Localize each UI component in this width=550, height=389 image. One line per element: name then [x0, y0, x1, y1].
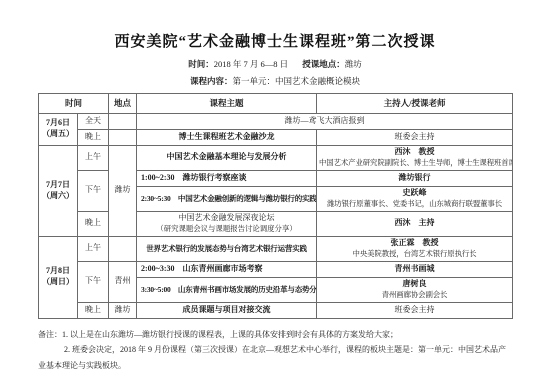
host-desc: 潍坊银行原董事长、党委书记，山东城商行联盟董事长: [319, 199, 510, 209]
host-name: 史跃峰: [319, 188, 510, 199]
time-value: 2018 年 7 月 6—8 日: [214, 59, 288, 69]
time-cell: 晚上: [78, 211, 109, 236]
note-line-2: 2. 班委会决定，2018 年 9 月份课程（第三次授课）在北京—观想艺术中心举…: [38, 342, 512, 373]
table-row: 晚上 博士生课程班艺术金融沙龙 班委会主持: [39, 129, 513, 145]
topic-cell: 博士生课程班艺术金融沙龙: [137, 129, 317, 145]
col-header-time: 时间: [39, 93, 109, 113]
host-desc: 中国艺术产业研究院副院长、博士生导师，博士生课程班首席导师: [319, 158, 510, 168]
topic-cell: 2:00~3:30 山东青州画廊市场考察: [137, 261, 317, 277]
time-cell: 下午: [78, 261, 109, 302]
place-cell: 青州: [109, 261, 137, 302]
place-cell: 潍坊: [109, 145, 137, 236]
place-cell-empty: [109, 236, 137, 261]
header-row: 时间 地点 课程主题 主持人/授课老师: [39, 93, 513, 113]
table-row: 晚上 潍坊 成员课题与项目对接交流 班委会主持: [39, 302, 513, 318]
host-cell: 西沐 教授 中国艺术产业研究院副院长、博士生导师，博士生课程班首席导师: [317, 145, 513, 170]
course-schedule-document: 西安美院“艺术金融博士生课程班”第二次授课 时间：2018 年 7 月 6—8 …: [0, 0, 550, 389]
place-label: 授课地点：: [302, 59, 345, 69]
topic-cell: 世界艺术银行的发展态势与台湾艺术银行运营实践: [137, 236, 317, 261]
topic-cell: 2:30~5:30 中国艺术金融创新的逻辑与潍坊银行的实践分析: [137, 186, 317, 211]
host-cell: 张正霖 教授 中央美院教授，台湾艺术银行原执行长: [317, 236, 513, 261]
host-name: 西沐 教授: [319, 147, 510, 158]
time-label: 时间：: [188, 59, 214, 69]
host-name: 唐树良: [319, 279, 510, 290]
col-header-host: 主持人/授课老师: [317, 93, 513, 113]
topic-cell: 1:00~2:30 潍坊银行考察座谈: [137, 170, 317, 186]
time-cell: 晚上: [78, 302, 109, 318]
place-value: 潍坊: [345, 59, 362, 69]
date-cell-day2: 7月7日 （周六）: [39, 145, 78, 236]
topic-cell: 中国艺术金融发展深夜论坛 （研究课题会议与课题报告讨论调度分享）: [137, 211, 317, 236]
host-cell: 青州书画城: [317, 261, 513, 277]
col-header-place: 地点: [109, 93, 137, 113]
host-cell: 西沐 主持: [317, 211, 513, 236]
schedule-table: 时间 地点 课程主题 主持人/授课老师 7月6日 （周五） 全天 潍坊—鸢飞大酒…: [38, 93, 513, 319]
host-cell: 班委会主持: [317, 129, 513, 145]
content-value: 第一单元：中国艺术金融概论模块: [233, 76, 361, 86]
meta-line-content: 课程内容：第一单元：中国艺术金融概论模块: [38, 76, 512, 88]
host-cell: 班委会主持: [317, 302, 513, 318]
date-line1: 7月8日: [41, 266, 75, 277]
host-name: 张正霖 教授: [319, 238, 510, 249]
event-cell: 潍坊—鸢飞大酒店报到: [137, 113, 513, 129]
time-cell: 上午: [78, 145, 109, 170]
table-row: 7月8日 （周日） 上午 世界艺术银行的发展态势与台湾艺术银行运营实践 张正霖 …: [39, 236, 513, 261]
content-label: 课程内容：: [190, 76, 233, 86]
date-line2: （周六）: [41, 191, 75, 202]
table-row: 7月7日 （周六） 上午 潍坊 中国艺术金融基本理论与发展分析 西沐 教授 中国…: [39, 145, 513, 170]
time-cell: 晚上: [78, 129, 109, 145]
footnotes: 备注：1. 以上是在山东潍坊—潍坊银行授课的课程表，上课的具体安排到时会有具体的…: [38, 327, 512, 374]
host-cell: 史跃峰 潍坊银行原董事长、党委书记，山东城商行联盟董事长: [317, 186, 513, 211]
host-desc: 青州画廊协会副会长: [319, 290, 510, 300]
date-line2: （周日）: [41, 277, 75, 288]
meta-line-time-place: 时间：2018 年 7 月 6—8 日授课地点：潍坊: [38, 59, 512, 71]
topic-cell: 3:30~5:00 山东青州书画市场发展的历史沿革与态势分析: [137, 277, 317, 302]
host-cell: 唐树良 青州画廊协会副会长: [317, 277, 513, 302]
time-cell: 上午: [78, 236, 109, 261]
time-cell: 全天: [78, 113, 109, 129]
table-row: 下午 青州 2:00~3:30 山东青州画廊市场考察 青州书画城: [39, 261, 513, 277]
table-row: 7月6日 （周五） 全天 潍坊—鸢飞大酒店报到: [39, 113, 513, 129]
date-line1: 7月6日: [41, 118, 75, 129]
place-cell: 潍坊: [109, 302, 137, 318]
place-cell-empty: [109, 113, 137, 129]
topic-cell: 成员课题与项目对接交流: [137, 302, 317, 318]
date-cell-day3: 7月8日 （周日）: [39, 236, 78, 318]
date-cell-day1: 7月6日 （周五）: [39, 113, 78, 145]
time-cell: 下午: [78, 170, 109, 211]
date-line2: （周五）: [41, 129, 75, 140]
page-title: 西安美院“艺术金融博士生课程班”第二次授课: [38, 30, 512, 51]
col-header-topic: 课程主题: [137, 93, 317, 113]
host-desc: 中央美院教授，台湾艺术银行原执行长: [319, 249, 510, 259]
date-line1: 7月7日: [41, 180, 75, 191]
topic-cell: 中国艺术金融基本理论与发展分析: [137, 145, 317, 170]
topic-title: 中国艺术金融发展深夜论坛: [139, 213, 314, 224]
topic-subtitle: （研究课题会议与课题报告讨论调度分享）: [139, 224, 314, 234]
host-cell: 潍坊银行: [317, 170, 513, 186]
place-cell-empty: [109, 129, 137, 145]
note-line-1: 备注：1. 以上是在山东潍坊—潍坊银行授课的课程表，上课的具体安排到时会有具体的…: [38, 327, 512, 343]
